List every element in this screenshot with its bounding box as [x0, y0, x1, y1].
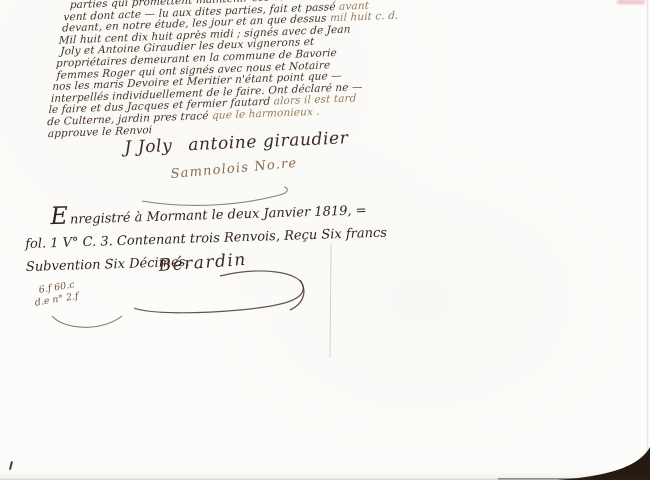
- registrar-flourish: [134, 271, 303, 313]
- manuscript-body: parties qui promettent maintenir ces ven…: [46, 0, 380, 140]
- line-text-faded: mil huit c. d.: [326, 10, 398, 25]
- notary-signature: Samnolois No.re: [170, 156, 298, 182]
- pink-smudge-mark: [617, 0, 645, 4]
- scanned-document-page: parties qui promettent maintenir ces ven…: [0, 0, 650, 480]
- fee-note-underline-arc: [52, 316, 122, 327]
- signature-joly: J Joly: [124, 136, 173, 158]
- scan-corner-shadow: [557, 447, 650, 480]
- registrar-flourish-end: [290, 280, 304, 310]
- fee-annotation: 6.f 60.c d.e n° 2.f: [38, 279, 80, 309]
- signature-gap: [173, 150, 189, 151]
- stray-ink-mark: [9, 461, 13, 470]
